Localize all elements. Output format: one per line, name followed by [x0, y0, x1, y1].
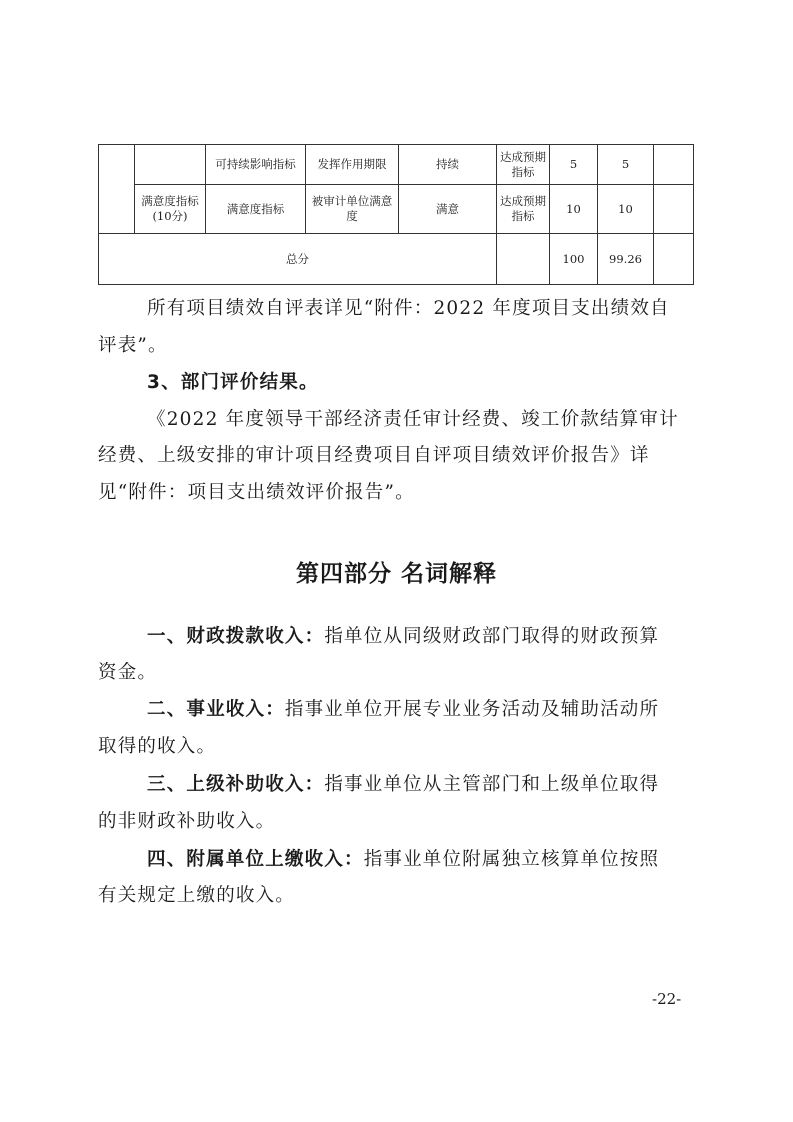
term-label: 二、事业收入：	[147, 699, 285, 720]
term-label: 一、财政拨款收入：	[147, 626, 324, 647]
term-definition: 四、附属单位上缴收入：指事业单位附属独立核算单位按照	[147, 848, 697, 872]
paragraph-line: 见“附件：项目支出绩效评价报告”。	[98, 481, 698, 505]
table-cell	[99, 145, 135, 234]
term-text: 指事业单位附属独立核算单位按照	[364, 849, 660, 870]
table-cell: 满意度指标(10分)	[135, 185, 206, 234]
term-text: 有关规定上缴的收入。	[98, 884, 698, 908]
table-cell: 可持续影响指标	[206, 145, 306, 185]
term-definition: 一、财政拨款收入：指单位从同级财政部门取得的财政预算	[147, 625, 697, 649]
table-cell: 达成预期指标	[497, 185, 550, 234]
term-text: 指事业单位开展专业业务活动及辅助活动所	[285, 699, 659, 720]
table-cell	[654, 145, 694, 185]
paragraph-line: 所有项目绩效自评表详见“附件：2022 年度项目支出绩效自	[147, 297, 697, 321]
table-cell	[654, 234, 694, 285]
table-row: 可持续影响指标 发挥作用期限 持续 达成预期指标 5 5	[99, 145, 694, 185]
table-cell: 发挥作用期限	[306, 145, 399, 185]
table-cell: 10	[550, 185, 598, 234]
paragraph-line: 经费、上级安排的审计项目经费项目自评项目绩效评价报告》详	[98, 444, 698, 468]
table-cell: 10	[598, 185, 654, 234]
table-cell: 被审计单位满意度	[306, 185, 399, 234]
term-definition: 二、事业收入：指事业单位开展专业业务活动及辅助活动所	[147, 698, 697, 722]
table-cell	[135, 145, 206, 185]
term-definition: 三、上级补助收入：指事业单位从主管部门和上级单位取得	[147, 773, 697, 797]
performance-table: 可持续影响指标 发挥作用期限 持续 达成预期指标 5 5 满意度指标(10分) …	[98, 144, 694, 285]
table-cell: 达成预期指标	[497, 145, 550, 185]
table-cell: 满意度指标	[206, 185, 306, 234]
table-cell: 持续	[399, 145, 497, 185]
total-label: 总分	[99, 234, 497, 285]
section-title: 第四部分 名词解释	[0, 555, 793, 588]
subheading: 3、部门评价结果。	[147, 371, 697, 395]
table-cell	[497, 234, 550, 285]
table-cell	[654, 185, 694, 234]
total-score: 99.26	[598, 234, 654, 285]
term-label: 三、上级补助收入：	[147, 774, 324, 795]
table-row: 满意度指标(10分) 满意度指标 被审计单位满意度 满意 达成预期指标 10 1…	[99, 185, 694, 234]
term-label: 四、附属单位上缴收入：	[147, 849, 364, 870]
table-cell: 5	[550, 145, 598, 185]
term-text: 取得的收入。	[98, 735, 698, 759]
page-number: -22-	[652, 990, 681, 1008]
table-cell: 满意	[399, 185, 497, 234]
table-cell: 5	[598, 145, 654, 185]
term-text: 指单位从同级财政部门取得的财政预算	[324, 626, 659, 647]
table-total-row: 总分 100 99.26	[99, 234, 694, 285]
term-text: 资金。	[98, 661, 698, 685]
term-text: 指事业单位从主管部门和上级单位取得	[324, 774, 659, 795]
full-score: 100	[550, 234, 598, 285]
paragraph-line: 评表”。	[98, 334, 698, 358]
paragraph-line: 《2022 年度领导干部经济责任审计经费、竣工价款结算审计	[147, 408, 697, 432]
term-text: 的非财政补助收入。	[98, 810, 698, 834]
